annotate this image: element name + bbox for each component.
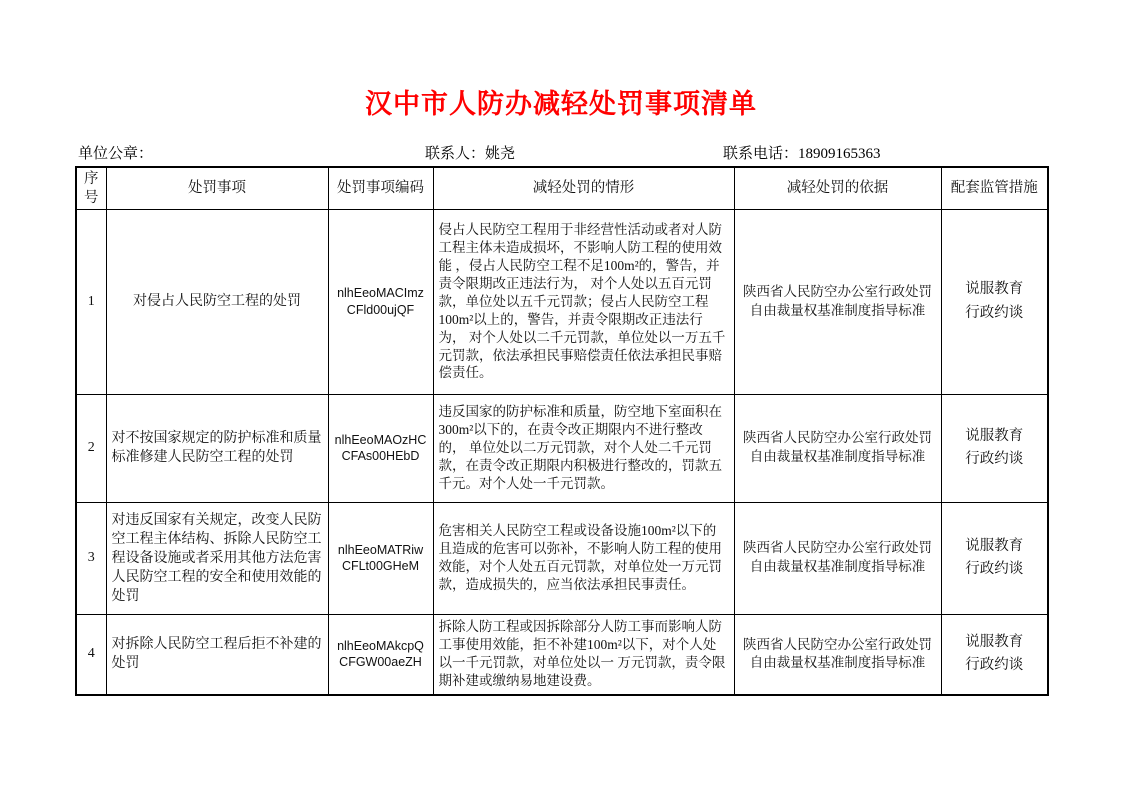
row-index: 3: [76, 502, 106, 614]
penalty-item: 对违反国家有关规定，改变人民防空工程主体结构、拆除人民防空工程设备设施或者采用其…: [106, 502, 328, 614]
table-row: 3 对违反国家有关规定，改变人民防空工程主体结构、拆除人民防空工程设备设施或者采…: [76, 502, 1048, 614]
row-index: 1: [76, 209, 106, 394]
table-header-row: 序号 处罚事项 处罚事项编码 减轻处罚的情形 减轻处罚的依据 配套监管措施: [76, 167, 1048, 209]
penalty-code: nlhEeoMATRiwCFLt00GHeM: [328, 502, 433, 614]
unit-seal-label: 单位公章：: [78, 142, 153, 163]
header-situation: 减轻处罚的情形: [433, 167, 734, 209]
mitigation-situation: 危害相关人民防空工程或设备设施100m²以下的且造成的危害可以弥补，不影响人防工…: [433, 502, 734, 614]
row-index: 4: [76, 614, 106, 695]
mitigation-basis: 陕西省人民防空办公室行政处罚自由裁量权基准制度指导标准: [734, 209, 941, 394]
contact-person: 联系人：姚尧: [425, 142, 515, 163]
penalty-code: nlhEeoMAkcpQCFGW00aeZH: [328, 614, 433, 695]
mitigation-basis: 陕西省人民防空办公室行政处罚自由裁量权基准制度指导标准: [734, 502, 941, 614]
row-index: 2: [76, 394, 106, 502]
header-measures: 配套监管措施: [941, 167, 1048, 209]
supervision-measures: 说服教育 行政约谈: [941, 394, 1048, 502]
mitigation-situation: 违反国家的防护标准和质量，防空地下室面积在300m²以下的，在责令改正期限内不进…: [433, 394, 734, 502]
mitigation-basis: 陕西省人民防空办公室行政处罚自由裁量权基准制度指导标准: [734, 614, 941, 695]
supervision-measures: 说服教育 行政约谈: [941, 209, 1048, 394]
supervision-measures: 说服教育 行政约谈: [941, 502, 1048, 614]
penalty-item: 对侵占人民防空工程的处罚: [106, 209, 328, 394]
table-row: 1 对侵占人民防空工程的处罚 nlhEeoMACImzCFld00ujQF 侵占…: [76, 209, 1048, 394]
table-row: 2 对不按国家规定的防护标准和质量标准修建人民防空工程的处罚 nlhEeoMAO…: [76, 394, 1048, 502]
penalty-item: 对拆除人民防空工程后拒不补建的处罚: [106, 614, 328, 695]
penalty-table: 序号 处罚事项 处罚事项编码 减轻处罚的情形 减轻处罚的依据 配套监管措施 1 …: [75, 166, 1049, 696]
mitigation-situation: 拆除人防工程或因拆除部分人防工事而影响人防工事使用效能，拒不补建100m²以下，…: [433, 614, 734, 695]
header-item: 处罚事项: [106, 167, 328, 209]
supervision-measures: 说服教育 行政约谈: [941, 614, 1048, 695]
page-title: 汉中市人防办减轻处罚事项清单: [75, 88, 1047, 120]
header-index: 序号: [76, 167, 106, 209]
mitigation-basis: 陕西省人民防空办公室行政处罚自由裁量权基准制度指导标准: [734, 394, 941, 502]
document-page: 汉中市人防办减轻处罚事项清单 单位公章： 联系人：姚尧 联系电话：1890916…: [75, 88, 1047, 696]
header-code: 处罚事项编码: [328, 167, 433, 209]
contact-phone: 联系电话：18909165363: [723, 142, 881, 163]
penalty-code: nlhEeoMAOzHCCFAs00HEbD: [328, 394, 433, 502]
mitigation-situation: 侵占人民防空工程用于非经营性活动或者对人防工程主体未造成损坏，不影响人防工程的使…: [433, 209, 734, 394]
penalty-code: nlhEeoMACImzCFld00ujQF: [328, 209, 433, 394]
meta-line: 单位公章： 联系人：姚尧 联系电话：18909165363: [75, 142, 1047, 164]
table-row: 4 对拆除人民防空工程后拒不补建的处罚 nlhEeoMAkcpQCFGW00ae…: [76, 614, 1048, 695]
penalty-item: 对不按国家规定的防护标准和质量标准修建人民防空工程的处罚: [106, 394, 328, 502]
header-basis: 减轻处罚的依据: [734, 167, 941, 209]
